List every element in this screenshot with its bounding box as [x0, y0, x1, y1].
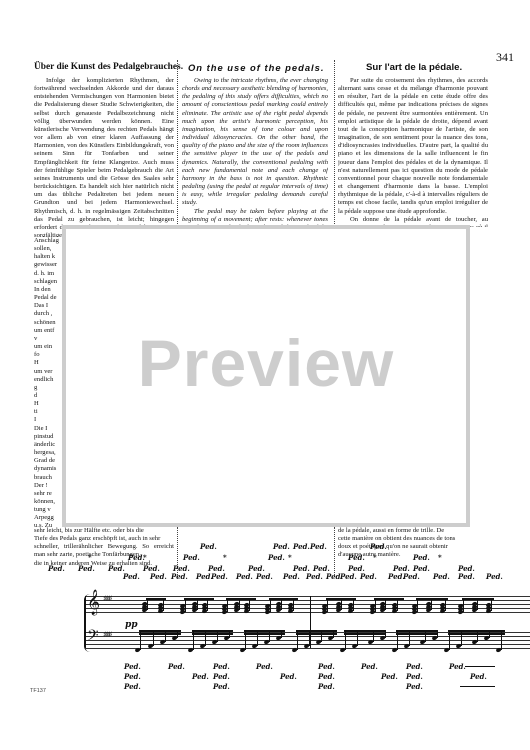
- text-fragment: v: [34, 335, 62, 343]
- pedal-mark-icon: Ped.: [123, 572, 140, 581]
- pedal-mark-icon: Ped.: [256, 572, 273, 581]
- system-start-barline: [85, 596, 86, 648]
- pedal-mark-icon: Ped.: [268, 553, 285, 562]
- pedal-mark-icon: Ped.: [171, 572, 188, 581]
- text-fragment: Anschlag: [34, 237, 62, 245]
- pedal-mark-icon: Ped.: [381, 672, 398, 681]
- pedal-mark-icon: Ped.: [236, 572, 253, 581]
- text-fragment: d. h. im: [34, 270, 62, 278]
- text-line: sehr leicht, bis zur Hälfte etc. oder bi…: [34, 527, 174, 535]
- text-fragment: um ein: [34, 343, 62, 351]
- text-fragment: Arpegg: [34, 514, 62, 522]
- german-section-title: Über die Kunst des Pedalgebrauches.: [34, 62, 183, 72]
- beam: [462, 598, 494, 600]
- beam: [184, 598, 214, 600]
- measure-barline: [310, 596, 311, 648]
- beam: [139, 633, 181, 635]
- text-fragment: Das I: [34, 302, 62, 310]
- text-fragment: Der !: [34, 482, 62, 490]
- note-stem: [270, 598, 271, 612]
- pedal-mark-icon: Ped.: [200, 542, 217, 551]
- pedal-mark-icon: Ped.: [348, 553, 365, 562]
- beam: [269, 598, 298, 600]
- pedal-mark-icon: Ped.: [360, 572, 377, 581]
- text-fragment: brauch: [34, 474, 62, 482]
- pedal-mark-icon: Ped.: [306, 572, 323, 581]
- note-stem: [417, 598, 418, 612]
- pedal-mark-icon: Ped.: [486, 572, 503, 581]
- music-excerpt: Ped.Ped.Ped.Ped.Ped.*Ped.*Ped.*Ped.*Ped.…: [40, 580, 500, 690]
- pedal-mark-icon: Ped.: [340, 572, 357, 581]
- french-section-title: Sur l'art de la pédale.: [366, 62, 462, 73]
- catalog-code: TF137: [30, 688, 46, 694]
- beam: [396, 630, 437, 632]
- pedal-mark-icon: Ped.: [213, 672, 230, 681]
- pedal-mark-icon: Ped.: [124, 662, 141, 671]
- note-stem: [185, 598, 186, 612]
- text-fragment: tung v: [34, 506, 62, 514]
- pedal-release-icon: *: [143, 553, 147, 562]
- pedal-mark-icon: Ped.: [273, 542, 290, 551]
- pedal-mark-icon: Ped.: [470, 672, 487, 681]
- pedal-mark-icon: Ped.: [413, 553, 430, 562]
- pedal-mark-icon: Ped.: [213, 662, 230, 671]
- pedal-mark-icon: Ped.: [406, 682, 423, 691]
- note-stem: [327, 598, 328, 612]
- pedal-mark-icon: Ped.: [78, 564, 95, 573]
- column-divider: [334, 60, 335, 230]
- pedal-hold-line: [460, 686, 495, 687]
- text-fragment: ti: [34, 408, 62, 416]
- text-fragment: d: [34, 392, 62, 400]
- pedal-mark-icon: Ped.: [213, 682, 230, 691]
- text-line: cette manière on obtient des nuances de …: [338, 535, 488, 543]
- text-line: de la pédale, aussi en forme de trille. …: [338, 527, 488, 535]
- text-fragment: können,: [34, 498, 62, 506]
- text-fragment: sehr re: [34, 490, 62, 498]
- note-stem: [463, 598, 464, 612]
- pedal-mark-icon: Ped.: [318, 672, 335, 681]
- bass-clef-icon: 𝄢: [87, 627, 99, 649]
- pedal-mark-icon: Ped.: [124, 672, 141, 681]
- french-paragraph: Par suite du croisement des rhythmes, de…: [338, 77, 488, 216]
- pedal-mark-icon: Ped.: [310, 542, 327, 551]
- note-stem: [227, 598, 228, 612]
- beam: [344, 630, 385, 632]
- pedal-mark-icon: Ped.: [318, 682, 335, 691]
- pedal-mark-icon: Ped.: [48, 564, 65, 573]
- pedal-release-icon: *: [438, 553, 442, 562]
- pedal-hold-line: [465, 666, 495, 667]
- pedal-mark-icon: Ped.: [318, 662, 335, 671]
- text-fragment: schlagen: [34, 278, 62, 286]
- german-paragraph: Infolge der komplizierten Rhythmen, der …: [34, 77, 174, 237]
- text-fragment: hergesa,: [34, 449, 62, 457]
- pedal-release-icon: *: [88, 553, 92, 562]
- beam: [244, 633, 285, 635]
- text-fragment: dynamis: [34, 465, 62, 473]
- text-fragment: gewisser: [34, 261, 62, 269]
- pedal-mark-icon: Ped.: [406, 672, 423, 681]
- text-fragment: I: [34, 416, 62, 424]
- page-number: 341: [496, 50, 514, 65]
- pedal-mark-icon: Ped.: [192, 672, 209, 681]
- column-divider: [334, 527, 335, 577]
- pedal-release-icon: *: [288, 553, 292, 562]
- german-text-column: Infolge der komplizierten Rhythmen, der …: [34, 77, 174, 237]
- beam: [344, 633, 385, 635]
- text-fragment: H: [34, 359, 62, 367]
- beam: [374, 598, 404, 600]
- pedal-mark-icon: Ped.: [370, 542, 387, 551]
- text-fragment: pinstud: [34, 433, 62, 441]
- text-line: schneller, trillerähnlicher Bewegung. So…: [34, 543, 174, 559]
- beam: [146, 598, 166, 600]
- german-text-fragment-strip: Anschlagsollen,halten kgewisserd. h. ims…: [34, 237, 62, 527]
- beam: [476, 630, 505, 632]
- treble-clef-icon: 𝄞: [87, 592, 100, 614]
- pedal-mark-icon: Ped.: [150, 572, 167, 581]
- pedal-mark-icon: Ped.: [433, 572, 450, 581]
- text-fragment: Pedal de: [34, 294, 62, 302]
- pedal-mark-icon: Ped.: [124, 682, 141, 691]
- preview-watermark-overlay: Preview: [62, 225, 470, 527]
- beam: [296, 630, 337, 632]
- beam: [226, 598, 256, 600]
- key-signature: ♯♯♯♯: [103, 594, 110, 603]
- pedal-release-icon: *: [373, 553, 377, 562]
- pedal-mark-icon: Ped.: [283, 572, 300, 581]
- pedal-mark-icon: Ped.: [211, 572, 228, 581]
- beam: [416, 598, 448, 600]
- english-paragraph: Owing to the intricate rhythms, the ever…: [182, 77, 328, 208]
- text-fragment: durch ,: [34, 310, 62, 318]
- pedal-mark-icon: Ped.: [280, 672, 297, 681]
- french-text-column: Par suite du croisement des rhythmes, de…: [338, 77, 488, 227]
- text-fragment: um ver: [34, 368, 62, 376]
- beam: [476, 633, 505, 635]
- pedal-mark-icon: Ped.: [256, 662, 273, 671]
- pedal-mark-icon: Ped.: [361, 662, 378, 671]
- beam: [296, 633, 337, 635]
- text-fragment: änderlic: [34, 441, 62, 449]
- pedal-mark-icon: Ped.: [458, 572, 475, 581]
- text-fragment: sollen,: [34, 245, 62, 253]
- english-text-column: Owing to the intricate rhythms, the ever…: [182, 77, 328, 227]
- beam: [326, 598, 356, 600]
- text-fragment: fo: [34, 351, 62, 359]
- text-fragment: schönen: [34, 319, 62, 327]
- text-fragment: Die I: [34, 425, 62, 433]
- beam: [244, 630, 285, 632]
- text-fragment: halten k: [34, 253, 62, 261]
- beam: [139, 630, 181, 632]
- beam: [396, 633, 437, 635]
- preview-label: Preview: [66, 325, 466, 401]
- key-signature: ♯♯♯♯: [103, 630, 110, 639]
- pedal-mark-icon: Ped.: [293, 542, 310, 551]
- note-stem: [375, 598, 376, 612]
- text-fragment: Grad de: [34, 457, 62, 465]
- english-section-title: On the use of the pedals.: [188, 62, 324, 73]
- pedal-mark-icon: Ped.: [449, 662, 466, 671]
- pedal-release-icon: *: [223, 553, 227, 562]
- text-line: doux et poétiques qu'on ne saurait obten…: [338, 543, 488, 551]
- column-divider: [177, 60, 178, 230]
- text-fragment: g: [34, 384, 62, 392]
- text-fragment: In den: [34, 286, 62, 294]
- pedal-mark-icon: Ped.: [403, 572, 420, 581]
- text-fragment: um entf: [34, 327, 62, 335]
- text-fragment: endlich: [34, 376, 62, 384]
- pedal-mark-icon: Ped.: [406, 662, 423, 671]
- pedal-mark-icon: Ped.: [168, 662, 185, 671]
- pedal-mark-icon: Ped.: [183, 553, 200, 562]
- beam: [192, 633, 233, 635]
- text-line: Tiefe des Pedals ganz erschöpft ist, auc…: [34, 535, 174, 543]
- score-page: 341 Über die Kunst des Pedalgebrauches. …: [0, 0, 530, 750]
- beam: [192, 630, 233, 632]
- text-fragment: H: [34, 400, 62, 408]
- dynamic-marking-pp: pp: [125, 620, 138, 630]
